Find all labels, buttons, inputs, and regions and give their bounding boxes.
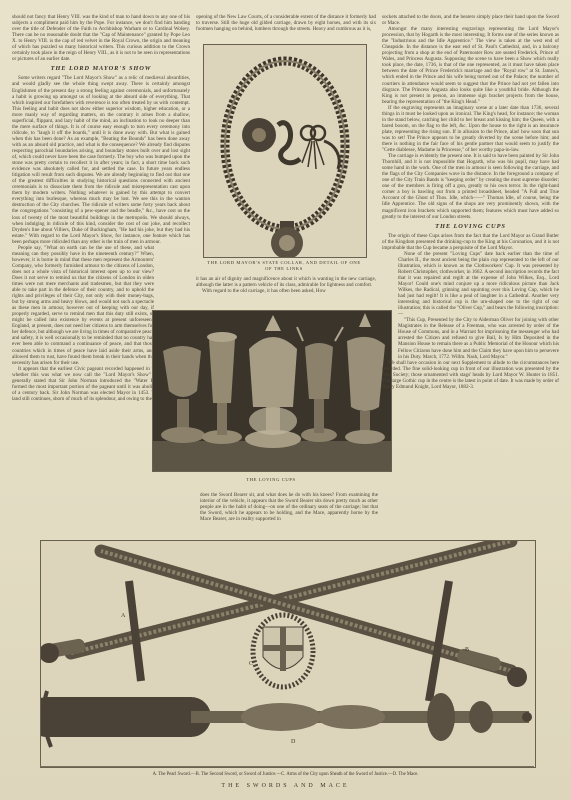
- figure-state-collar: [203, 44, 367, 258]
- label-c: C: [249, 661, 253, 667]
- body-paragraph: The origin of these Cups arises from the…: [382, 233, 559, 251]
- swords-and-mace-engraving-icon: A B C D: [41, 541, 535, 767]
- column-right: sockets attached to the doors, and the b…: [382, 14, 559, 390]
- label-b: B: [465, 647, 469, 653]
- section-heading-lord-mayors-show: THE LORD MAYOR'S SHOW: [12, 66, 190, 72]
- body-paragraph: With regard to the old carriage, it has …: [196, 288, 376, 294]
- collar-engraving-icon: [204, 45, 366, 257]
- column-middle-bottom: does the Sword Bearer sit, and what does…: [200, 492, 378, 522]
- figure-swords-and-mace: A B C D: [40, 540, 536, 768]
- body-paragraph: Amongst the many interesting engravings …: [382, 26, 559, 105]
- intro-paragraph: should not fancy that Henry VIII. was th…: [12, 14, 190, 62]
- body-paragraph: it has an air of dignity and magnificenc…: [196, 276, 376, 288]
- collar-caption: THE LORD MAYOR'S STATE COLLAR, AND DETAI…: [203, 260, 365, 272]
- swords-key-caption: A. The Pearl Sword.—B. The Second Sword,…: [60, 772, 511, 777]
- body-paragraph: does the Sword Bearer sit, and what does…: [200, 492, 378, 522]
- body-paragraph: "This Cup, Presented by the City to Alde…: [398, 317, 559, 359]
- body-paragraph: sockets attached to the doors, and the b…: [382, 14, 559, 26]
- body-paragraph: opening of the New Law Courts, of a cons…: [196, 14, 376, 32]
- loving-cups-caption: THE LOVING CUPS: [152, 477, 390, 482]
- body-paragraph: If the engraving represents an imaginary…: [382, 105, 559, 153]
- column-left: should not fancy that Henry VIII. was th…: [12, 14, 190, 574]
- column-middle-after-collar: it has an air of dignity and magnificenc…: [196, 276, 376, 294]
- figure-loving-cups: [152, 310, 392, 472]
- body-paragraph: None of the present "Loving Cups" date b…: [398, 251, 559, 318]
- body-paragraph: We shall have occasion in our next Suppl…: [382, 360, 559, 390]
- label-d: D: [291, 739, 296, 745]
- figure-bottom-rule: [40, 766, 534, 767]
- label-a: A: [121, 613, 126, 619]
- body-paragraph: The carriage is evidently the present on…: [382, 153, 559, 220]
- section-heading-loving-cups: THE LOVING CUPS: [382, 224, 559, 230]
- column-middle-top: opening of the New Law Courts, of a cons…: [196, 14, 376, 32]
- swords-and-mace-title: THE SWORDS AND MACE: [160, 783, 411, 789]
- body-paragraph: Some writers regard "The Lord Mayor's Sh…: [12, 75, 190, 244]
- newspaper-page: should not fancy that Henry VIII. was th…: [0, 0, 571, 800]
- body-paragraph: People say, "What on earth can be the us…: [12, 245, 154, 366]
- loving-cups-engraving-icon: [153, 311, 391, 471]
